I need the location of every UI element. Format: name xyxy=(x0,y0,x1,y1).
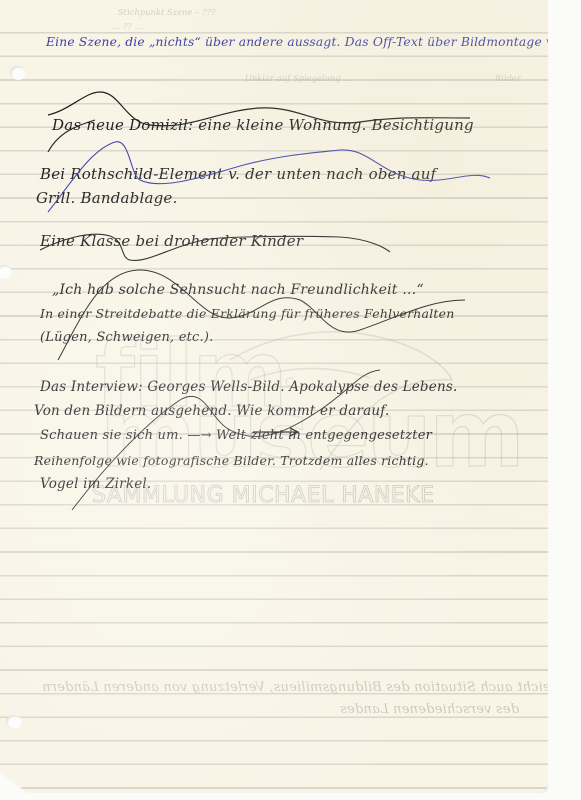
paragraph-5-line-5: Vogel im Zirkel. xyxy=(40,476,151,492)
punch-hole-bottom xyxy=(6,715,22,729)
paragraph-1-line-1: Das neue Domizil: eine kleine Wohnung. B… xyxy=(52,116,474,134)
paragraph-2-line-2: Grill. Bandablage. xyxy=(36,189,177,207)
paragraph-5-line-4: Reihenfolge wie fotografische Bilder. Tr… xyxy=(34,453,429,468)
punch-hole-middle xyxy=(0,265,12,279)
paragraph-2-line-1: Bei Rothschild-Element v. der unten nach… xyxy=(40,165,436,183)
header-note: Eine Szene, die „nichts“ über andere aus… xyxy=(46,34,581,49)
bleed-through-text: des verschiedenen Landes xyxy=(340,702,519,717)
paragraph-4-line-3: (Lügen, Schweigen, etc.). xyxy=(40,330,213,345)
paragraph-4-line-1: „Ich hab solche Sehnsucht nach Freundlic… xyxy=(52,282,424,298)
bleed-through-text: Stichpunkt Szene – ??? xyxy=(118,8,216,17)
paragraph-4-line-2: In einer Streitdebatte die Erklärung für… xyxy=(40,306,454,321)
paragraph-5-line-1: Das Interview: Georges Wells-Bild. Apoka… xyxy=(40,379,457,395)
bleed-through-text: Unklar auf Spiegelung … xyxy=(245,74,352,83)
punch-hole-top xyxy=(10,66,26,80)
bleed-through-text: Bilder xyxy=(495,74,521,83)
paragraph-5-line-2: Von den Bildern ausgehend. Wie kommt er … xyxy=(34,403,389,419)
bleed-through-text: … ?? … xyxy=(112,22,143,31)
bleed-through-text: Vielleicht auch Situation des Bildungsmi… xyxy=(42,680,581,695)
paragraph-5-line-3: Schauen sie sich um. —→ Welt zieht in en… xyxy=(40,428,432,443)
paper-sheet: film museum SAMMLUNG MICHAEL HANEKE Stic… xyxy=(0,0,548,793)
paragraph-3-line-1: Eine Klasse bei drohender Kinder xyxy=(40,232,303,250)
